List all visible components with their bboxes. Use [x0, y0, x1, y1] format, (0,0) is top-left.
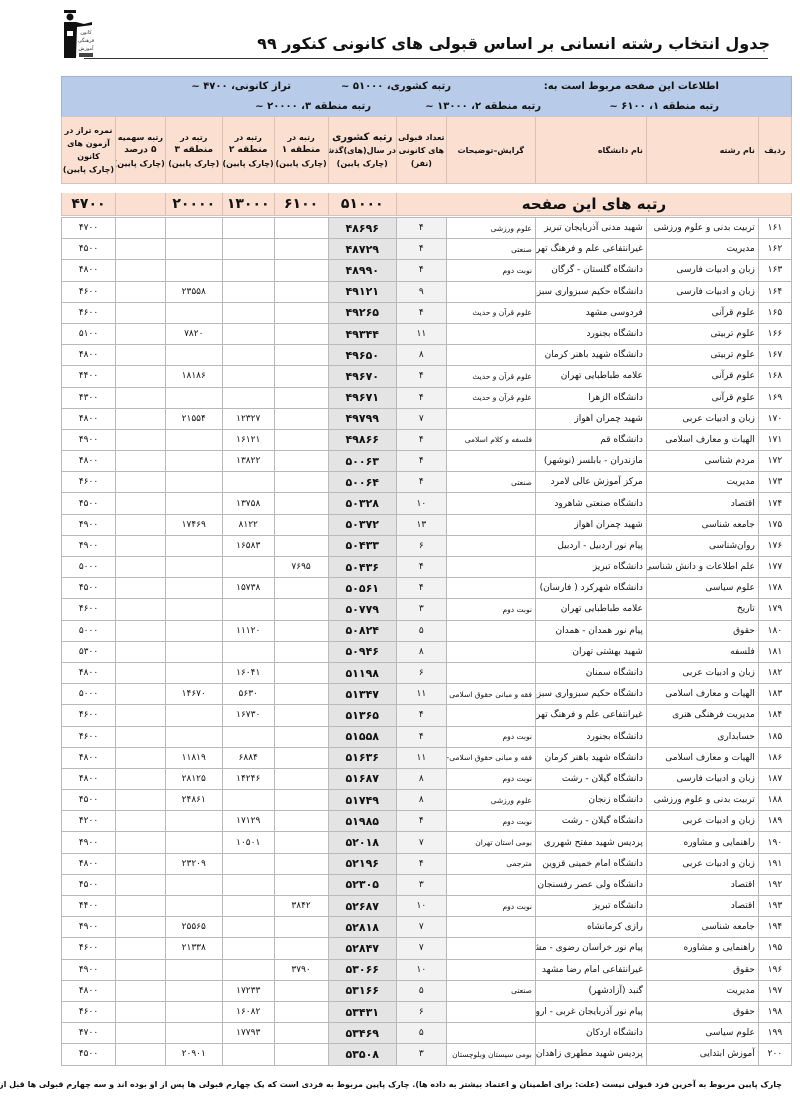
region2-rank: ۱۷۱۲۹ — [222, 811, 274, 832]
national-rank: ۵۲۸۱۸ — [328, 917, 396, 938]
col-university: نام دانشگاه — [535, 117, 646, 184]
quota5-rank — [115, 662, 165, 683]
region1-rank: ۳۷۹۰ — [274, 959, 328, 980]
region3-rank: ۲۴۸۶۱ — [165, 790, 222, 811]
summary-row: رتبه های این صفحه ۵۱۰۰۰ ۶۱۰۰ ۱۳۰۰۰ ۲۰۰۰۰… — [62, 193, 792, 216]
region3-rank — [165, 662, 222, 683]
accepted-count: ۱۰ — [396, 896, 446, 917]
info-label: اطلاعات این صفحه مربوط است به: — [544, 81, 719, 92]
accepted-count: ۱۱ — [396, 747, 446, 768]
region2-rank — [222, 641, 274, 662]
region3-rank — [165, 557, 222, 578]
university-name: مازندران - بابلسر (نوشهر) — [535, 451, 646, 472]
region2-rank — [222, 239, 274, 260]
quota5-rank — [115, 323, 165, 344]
row-number: ۱۸۰ — [758, 620, 791, 641]
region2-rank: ۱۷۲۳۳ — [222, 980, 274, 1001]
accepted-count: ۶ — [396, 662, 446, 683]
accepted-count: ۳ — [396, 1044, 446, 1065]
national-rank: ۵۱۷۴۹ — [328, 790, 396, 811]
row-number: ۱۹۴ — [758, 917, 791, 938]
region3-rank: ۱۷۴۶۹ — [165, 514, 222, 535]
region1-rank — [274, 938, 328, 959]
region1-rank — [274, 874, 328, 895]
major-name: اقتصاد — [646, 493, 758, 514]
university-name: دانشگاه گیلان - رشت — [535, 768, 646, 789]
table-row: ۱۶۷علوم تربیتیدانشگاه شهید باهنر کرمان۸۴… — [62, 345, 792, 366]
university-name: دانشگاه الزهرا — [535, 387, 646, 408]
table-row: ۱۶۲مدیریتغیرانتفاعی علم و فرهنگ تهرانصنع… — [62, 239, 792, 260]
national-rank: ۵۲۸۴۷ — [328, 938, 396, 959]
region1-rank — [274, 641, 328, 662]
quota5-rank — [115, 938, 165, 959]
table-row: ۱۷۱الهیات و معارف اسلامیدانشگاه قمفلسفه … — [62, 429, 792, 450]
kanoon-score: ۴۹۰۰ — [62, 514, 116, 535]
region3-rank — [165, 726, 222, 747]
major-name: مردم شناسی — [646, 451, 758, 472]
note — [446, 345, 535, 366]
svg-text:فرهنگی: فرهنگی — [78, 37, 95, 44]
accepted-count: ۷ — [396, 938, 446, 959]
note — [446, 641, 535, 662]
col-quota5: رتبه سهمیه۵ درصد(چارک پایین) — [115, 117, 165, 184]
accepted-count: ۷ — [396, 408, 446, 429]
table-row: ۱۷۷علم اطلاعات و دانش شناسیدانشگاه تبریز… — [62, 557, 792, 578]
kanoon-score: ۴۹۰۰ — [62, 535, 116, 556]
note: صنعتی — [446, 472, 535, 493]
region2-rank: ۱۶۰۸۲ — [222, 1001, 274, 1022]
quota5-rank — [115, 853, 165, 874]
region1-rank: ۷۶۹۵ — [274, 557, 328, 578]
kanoon-score: ۴۶۰۰ — [62, 472, 116, 493]
note — [446, 917, 535, 938]
national-rank: ۵۰۹۴۶ — [328, 641, 396, 662]
region1-rank — [274, 705, 328, 726]
national-rank: ۵۱۹۸۵ — [328, 811, 396, 832]
kanoon-score: ۴۹۰۰ — [62, 917, 116, 938]
note — [446, 323, 535, 344]
col-r1: رتبه درمنطقه ۱(چارک پایین) — [274, 117, 328, 184]
row-number: ۱۶۹ — [758, 387, 791, 408]
major-name: اقتصاد — [646, 874, 758, 895]
accepted-count: ۸ — [396, 345, 446, 366]
row-number: ۱۶۸ — [758, 366, 791, 387]
col-major: نام رشته — [646, 117, 758, 184]
region2-rank: ۱۳۸۲۲ — [222, 451, 274, 472]
major-name: علوم قرآنی — [646, 387, 758, 408]
quota5-rank — [115, 705, 165, 726]
note: فقه و مبانی حقوق اسلامی--نوبت دوم — [446, 747, 535, 768]
accepted-count: ۴ — [396, 853, 446, 874]
info-national-rank: رتبه کشوری، ۵۱۰۰۰ ~ — [341, 81, 451, 92]
accepted-count: ۴ — [396, 302, 446, 323]
region3-rank — [165, 599, 222, 620]
major-name: تربیت بدنی و علوم ورزشی — [646, 218, 758, 239]
kanoon-score: ۴۸۰۰ — [62, 260, 116, 281]
university-name: دانشگاه زنجان — [535, 790, 646, 811]
region1-rank — [274, 345, 328, 366]
region3-rank — [165, 641, 222, 662]
col-national: رتبه کشوریدر سال(های)گذشته(چارک پایین) — [328, 117, 396, 184]
table-row: ۱۸۷زبان و ادبیات فارسیدانشگاه گیلان - رش… — [62, 768, 792, 789]
major-name: مدیریت فرهنگی هنری — [646, 705, 758, 726]
col-r2: رتبه درمنطقه ۲(چارک پایین) — [222, 117, 274, 184]
national-rank: ۵۰۸۲۴ — [328, 620, 396, 641]
quota5-rank — [115, 874, 165, 895]
major-name: حقوق — [646, 959, 758, 980]
note — [446, 662, 535, 683]
region3-rank: ۲۰۹۰۱ — [165, 1044, 222, 1065]
graduate-logo-icon: کانون فرهنگی آموزش — [62, 6, 116, 60]
row-number: ۱۹۰ — [758, 832, 791, 853]
quota5-rank — [115, 239, 165, 260]
region1-rank — [274, 535, 328, 556]
major-name: علوم تربیتی — [646, 323, 758, 344]
summary-r3: ۲۰۰۰۰ — [165, 193, 222, 216]
row-number: ۱۹۱ — [758, 853, 791, 874]
kanoon-score: ۴۸۰۰ — [62, 662, 116, 683]
university-name: شهید مدنی آذربایجان تبریز — [535, 218, 646, 239]
col-row: ردیف — [758, 117, 791, 184]
kanoon-score: ۴۵۰۰ — [62, 239, 116, 260]
kanoon-score: ۴۲۰۰ — [62, 811, 116, 832]
national-rank: ۵۰۰۶۴ — [328, 472, 396, 493]
quota5-rank — [115, 260, 165, 281]
note — [446, 493, 535, 514]
quota5-rank — [115, 408, 165, 429]
region3-rank — [165, 472, 222, 493]
region3-rank: ۱۱۸۱۹ — [165, 747, 222, 768]
national-rank: ۵۲۰۱۸ — [328, 832, 396, 853]
region1-rank — [274, 493, 328, 514]
accepted-count: ۳ — [396, 874, 446, 895]
major-name: زبان و ادبیات فارسی — [646, 260, 758, 281]
region2-rank — [222, 917, 274, 938]
university-name: دانشگاه سمنان — [535, 662, 646, 683]
accepted-count: ۴ — [396, 811, 446, 832]
university-name: پیام نور اردبیل - اردبیل — [535, 535, 646, 556]
kanoon-score: ۵۰۰۰ — [62, 620, 116, 641]
major-name: روان‌شناسی — [646, 535, 758, 556]
quota5-rank — [115, 980, 165, 1001]
quota5-rank — [115, 302, 165, 323]
region3-rank — [165, 260, 222, 281]
quota5-rank — [115, 578, 165, 599]
national-rank: ۵۰۰۶۳ — [328, 451, 396, 472]
row-number: ۱۹۶ — [758, 959, 791, 980]
region3-rank — [165, 302, 222, 323]
note — [446, 705, 535, 726]
university-name: غیرانتفاعی علم و فرهنگ تهران — [535, 705, 646, 726]
quota5-rank — [115, 684, 165, 705]
quota5-rank — [115, 832, 165, 853]
table-row: ۱۷۲مردم شناسیمازندران - بابلسر (نوشهر)۴۵… — [62, 451, 792, 472]
region2-rank — [222, 726, 274, 747]
university-name: رازی کرمانشاه — [535, 917, 646, 938]
row-number: ۱۸۴ — [758, 705, 791, 726]
region1-rank — [274, 811, 328, 832]
accepted-count: ۴ — [396, 705, 446, 726]
region1-rank — [274, 620, 328, 641]
region2-rank — [222, 345, 274, 366]
university-name: دانشگاه قم — [535, 429, 646, 450]
region2-rank: ۱۷۷۹۳ — [222, 1023, 274, 1044]
kanoon-score: ۴۸۰۰ — [62, 747, 116, 768]
table-row: ۱۸۵حسابداریدانشگاه بجنوردنوبت دوم۴۵۱۵۵۸۴… — [62, 726, 792, 747]
table-row: ۱۸۳الهیات و معارف اسلامیدانشگاه حکیم سبز… — [62, 684, 792, 705]
kanoon-score: ۴۷۰۰ — [62, 1023, 116, 1044]
national-rank: ۴۸۷۲۹ — [328, 239, 396, 260]
note: نوبت دوم — [446, 726, 535, 747]
kanoon-score: ۴۸۰۰ — [62, 853, 116, 874]
table-row: ۱۶۸علوم قرآنیعلامه طباطبایی تهرانعلوم قر… — [62, 366, 792, 387]
major-name: تربیت بدنی و علوم ورزشی — [646, 790, 758, 811]
accepted-count: ۱۳ — [396, 514, 446, 535]
region2-rank — [222, 302, 274, 323]
table-row: ۱۹۷مدیریتگنبد (آزادشهر)صنعتی۵۵۳۱۶۶۱۷۲۳۳۴… — [62, 980, 792, 1001]
region1-rank — [274, 218, 328, 239]
accepted-count: ۴ — [396, 557, 446, 578]
title-divider — [84, 58, 768, 59]
table-row: ۱۹۴جامعه شناسیرازی کرمانشاه۷۵۲۸۱۸۲۵۵۶۵۴۹… — [62, 917, 792, 938]
note: بومی استان تهران — [446, 832, 535, 853]
major-name: علوم سیاسی — [646, 1023, 758, 1044]
summary-quota5 — [115, 193, 165, 216]
national-rank: ۵۱۱۹۸ — [328, 662, 396, 683]
region3-rank: ۲۳۲۰۹ — [165, 853, 222, 874]
col-score: نمره تراز درآزمون هایکانون(چارک پایین) — [62, 117, 116, 184]
accepted-count: ۷ — [396, 917, 446, 938]
national-rank: ۵۲۳۰۵ — [328, 874, 396, 895]
national-rank: ۴۹۶۷۰ — [328, 366, 396, 387]
accepted-count: ۵ — [396, 1023, 446, 1044]
accepted-count: ۴ — [396, 239, 446, 260]
region3-rank: ۲۳۵۵۸ — [165, 281, 222, 302]
table-row: ۱۹۵راهنمایی و مشاورهپیام نور خراسان رضوی… — [62, 938, 792, 959]
page-title: جدول انتخاب رشته انسانی بر اساس قبولی ها… — [257, 34, 770, 53]
row-number: ۱۷۷ — [758, 557, 791, 578]
col-r3: رتبه درمنطقه ۳(چارک پایین) — [165, 117, 222, 184]
col-note: گرایش–توضیحات — [446, 117, 535, 184]
kanoon-score: ۴۴۰۰ — [62, 896, 116, 917]
accepted-count: ۵ — [396, 620, 446, 641]
region3-rank — [165, 387, 222, 408]
university-name: دانشگاه امام خمینی قزوین — [535, 853, 646, 874]
region1-rank — [274, 599, 328, 620]
row-number: ۱۸۵ — [758, 726, 791, 747]
accepted-count: ۱۱ — [396, 323, 446, 344]
major-name: تاریخ — [646, 599, 758, 620]
major-name: علوم قرآنی — [646, 302, 758, 323]
university-name: مرکز آموزش عالی لامرد — [535, 472, 646, 493]
region1-rank — [274, 408, 328, 429]
region1-rank — [274, 281, 328, 302]
university-name: دانشگاه اردکان — [535, 1023, 646, 1044]
note: نوبت دوم — [446, 768, 535, 789]
major-name: اقتصاد — [646, 896, 758, 917]
table-header: ردیف نام رشته نام دانشگاه گرایش–توضیحات … — [61, 116, 792, 216]
row-number: ۱۸۸ — [758, 790, 791, 811]
row-number: ۱۶۳ — [758, 260, 791, 281]
quota5-rank — [115, 535, 165, 556]
region2-rank: ۱۶۱۲۱ — [222, 429, 274, 450]
university-name: غیرانتفاعی امام رضا مشهد — [535, 959, 646, 980]
region2-rank — [222, 472, 274, 493]
table-row: ۱۸۴مدیریت فرهنگی هنریغیرانتفاعی علم و فر… — [62, 705, 792, 726]
quota5-rank — [115, 514, 165, 535]
region2-rank — [222, 938, 274, 959]
table-row: ۱۹۶حقوقغیرانتفاعی امام رضا مشهد۱۰۵۳۰۶۶۳۷… — [62, 959, 792, 980]
national-rank: ۵۱۵۵۸ — [328, 726, 396, 747]
accepted-count: ۴ — [396, 429, 446, 450]
university-name: گنبد (آزادشهر) — [535, 980, 646, 1001]
region3-rank — [165, 239, 222, 260]
quota5-rank — [115, 959, 165, 980]
region2-rank — [222, 959, 274, 980]
row-number: ۱۷۰ — [758, 408, 791, 429]
note: نوبت دوم — [446, 811, 535, 832]
university-name: دانشگاه شهید باهنر کرمان — [535, 345, 646, 366]
info-region2: رتبه منطقه ۲، ۱۳۰۰۰ ~ — [425, 101, 541, 112]
region2-rank: ۶۸۸۴ — [222, 747, 274, 768]
quota5-rank — [115, 1001, 165, 1022]
note: نوبت دوم — [446, 260, 535, 281]
note — [446, 535, 535, 556]
note — [446, 1023, 535, 1044]
accepted-count: ۴ — [396, 260, 446, 281]
note: علوم ورزشی — [446, 218, 535, 239]
quota5-rank — [115, 281, 165, 302]
kanoon-score: ۴۶۰۰ — [62, 1001, 116, 1022]
kanoon-score: ۴۹۰۰ — [62, 832, 116, 853]
quota5-rank — [115, 747, 165, 768]
accepted-count: ۴ — [396, 387, 446, 408]
region2-rank — [222, 599, 274, 620]
footnote: چارک پایین مربوط به آخرین فرد قبولی نیست… — [18, 1080, 782, 1089]
row-number: ۱۷۱ — [758, 429, 791, 450]
quota5-rank — [115, 429, 165, 450]
region1-rank — [274, 387, 328, 408]
major-name: علوم قرآنی — [646, 366, 758, 387]
table-row: ۱۷۸علوم سیاسیدانشگاه شهرکرد ( فارسان)۴۵۰… — [62, 578, 792, 599]
university-name: پردیس شهید مطهری زاهدان — [535, 1044, 646, 1065]
kanoon-score: ۴۸۰۰ — [62, 451, 116, 472]
region2-rank — [222, 218, 274, 239]
summary-score: ۴۷۰۰ — [62, 193, 116, 216]
table-row: ۱۹۸حقوقپیام نور آذربایجان غربی - ارومیه۶… — [62, 1001, 792, 1022]
kanoon-score: ۴۵۰۰ — [62, 493, 116, 514]
note: علوم قرآن و حدیث — [446, 366, 535, 387]
region2-rank — [222, 874, 274, 895]
row-number: ۱۹۳ — [758, 896, 791, 917]
row-number: ۱۶۵ — [758, 302, 791, 323]
accepted-count: ۴ — [396, 726, 446, 747]
region2-rank: ۸۱۲۲ — [222, 514, 274, 535]
table-row: ۱۹۱زبان و ادبیات عربیدانشگاه امام خمینی … — [62, 853, 792, 874]
national-rank: ۵۰۴۳۶ — [328, 557, 396, 578]
national-rank: ۴۹۸۶۶ — [328, 429, 396, 450]
region1-rank — [274, 790, 328, 811]
accepted-count: ۴ — [396, 451, 446, 472]
major-name: زبان و ادبیات عربی — [646, 811, 758, 832]
university-name: فردوسی مشهد — [535, 302, 646, 323]
quota5-rank — [115, 366, 165, 387]
data-table: ۱۶۱تربیت بدنی و علوم ورزشیشهید مدنی آذرب… — [61, 217, 792, 1066]
note — [446, 408, 535, 429]
major-name: حسابداری — [646, 726, 758, 747]
university-name: شهید بهشتی تهران — [535, 641, 646, 662]
note — [446, 938, 535, 959]
major-name: راهنمایی و مشاوره — [646, 832, 758, 853]
region2-rank: ۱۱۱۲۰ — [222, 620, 274, 641]
table-row: ۱۷۹تاریخعلامه طباطبایی تهراننوبت دوم۳۵۰۷… — [62, 599, 792, 620]
table-row: ۱۸۲زبان و ادبیات عربیدانشگاه سمنان۶۵۱۱۹۸… — [62, 662, 792, 683]
table-row: ۱۶۹علوم قرآنیدانشگاه الزهراعلوم قرآن و ح… — [62, 387, 792, 408]
region1-rank — [274, 1023, 328, 1044]
university-name: دانشگاه بجنورد — [535, 726, 646, 747]
university-name: علامه طباطبایی تهران — [535, 599, 646, 620]
row-number: ۱۷۸ — [758, 578, 791, 599]
row-number: ۱۹۸ — [758, 1001, 791, 1022]
note — [446, 557, 535, 578]
table-row: ۱۶۴زبان و ادبیات فارسیدانشگاه حکیم سبزوا… — [62, 281, 792, 302]
table-row: ۱۸۹زبان و ادبیات عربیدانشگاه گیلان - رشت… — [62, 811, 792, 832]
major-name: مدیریت — [646, 472, 758, 493]
kanoon-score: ۴۸۰۰ — [62, 980, 116, 1001]
region1-rank — [274, 1044, 328, 1065]
kanoon-score: ۴۸۰۰ — [62, 345, 116, 366]
national-rank: ۴۹۷۹۹ — [328, 408, 396, 429]
university-name: دانشگاه حکیم سبزواری سبزوار — [535, 684, 646, 705]
university-name: دانشگاه شهرکرد ( فارسان) — [535, 578, 646, 599]
university-name: شهید چمران اهواز — [535, 514, 646, 535]
svg-text:کانون: کانون — [80, 30, 92, 36]
quota5-rank — [115, 790, 165, 811]
major-name: الهیات و معارف اسلامی — [646, 429, 758, 450]
national-rank: ۵۱۳۴۷ — [328, 684, 396, 705]
national-rank: ۴۹۳۴۴ — [328, 323, 396, 344]
kanoon-score: ۴۸۰۰ — [62, 408, 116, 429]
region3-rank — [165, 832, 222, 853]
region2-rank — [222, 1044, 274, 1065]
accepted-count: ۳ — [396, 599, 446, 620]
table-row: ۱۷۶روان‌شناسیپیام نور اردبیل - اردبیل۶۵۰… — [62, 535, 792, 556]
region2-rank: ۱۶۷۳۰ — [222, 705, 274, 726]
major-name: آموزش ابتدایی — [646, 1044, 758, 1065]
quota5-rank — [115, 768, 165, 789]
note: صنعتی — [446, 980, 535, 1001]
accepted-count: ۱۰ — [396, 493, 446, 514]
region1-rank: ۳۸۴۲ — [274, 896, 328, 917]
quota5-rank — [115, 726, 165, 747]
summary-label: رتبه های این صفحه — [396, 193, 791, 216]
note — [446, 514, 535, 535]
university-name: شهید چمران اهواز — [535, 408, 646, 429]
national-rank: ۵۳۰۶۶ — [328, 959, 396, 980]
quota5-rank — [115, 451, 165, 472]
major-name: زبان و ادبیات عربی — [646, 408, 758, 429]
table-row: ۱۷۵جامعه شناسیشهید چمران اهواز۱۳۵۰۳۷۲۸۱۲… — [62, 514, 792, 535]
region3-rank: ۲۱۵۵۴ — [165, 408, 222, 429]
note — [446, 578, 535, 599]
accepted-count: ۶ — [396, 1001, 446, 1022]
national-rank: ۵۲۶۸۷ — [328, 896, 396, 917]
national-rank: ۵۳۱۶۶ — [328, 980, 396, 1001]
region3-rank — [165, 451, 222, 472]
region3-rank — [165, 620, 222, 641]
region3-rank — [165, 811, 222, 832]
kanoon-score: ۴۶۰۰ — [62, 705, 116, 726]
